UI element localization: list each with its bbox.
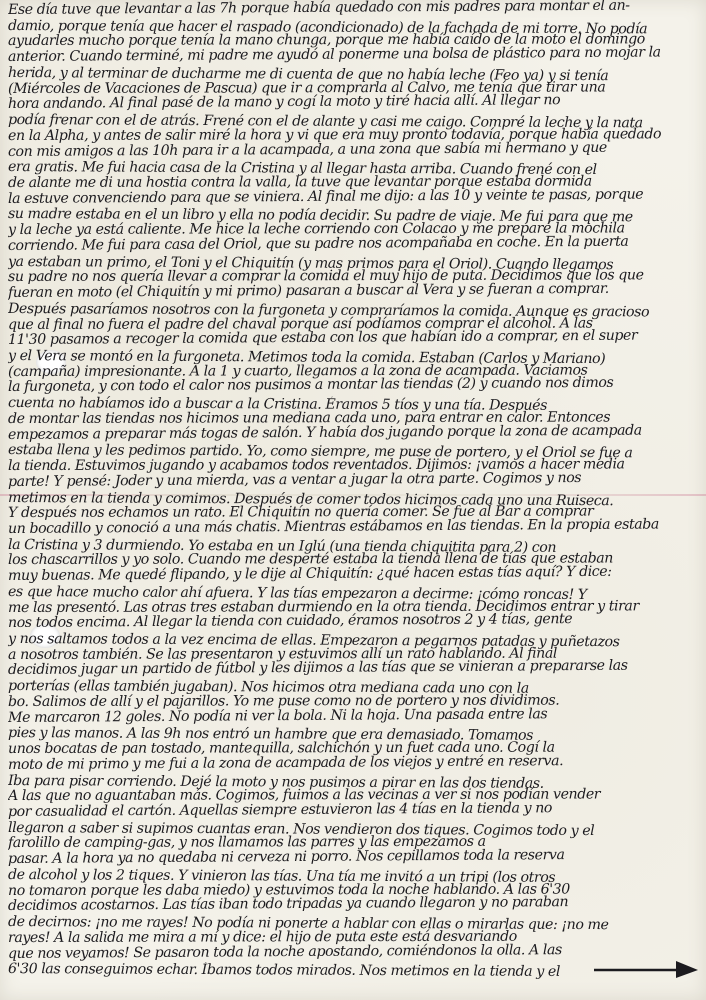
handwritten-line: nos todos encima. Al llegar la tienda co… bbox=[8, 610, 700, 631]
handwritten-line: muy buenas. Me quedé flipando, y le dije… bbox=[8, 563, 700, 584]
continuation-arrow-icon bbox=[590, 958, 700, 978]
diary-page: Ese día tuve que levantar a las 7h porqu… bbox=[0, 0, 706, 1000]
handwritten-line: 11'30 pasamos a recoger la comida que es… bbox=[8, 327, 700, 348]
handwritten-line: anterior. Cuando terminé, mi padre me ay… bbox=[8, 44, 700, 65]
handwritten-line: fueran en moto (el Chiquitín y mi primo)… bbox=[8, 280, 700, 301]
handwritten-line: Ese día tuve que levantar a las 7h porqu… bbox=[8, 0, 700, 18]
handwritten-line: por casualidad el cartón. Aquellas siemp… bbox=[8, 799, 700, 820]
handwritten-line: pasar. A la hora ya no quedaba ni cervez… bbox=[8, 846, 700, 867]
handwritten-line: decidimos acostarnos. Las tías iban todo… bbox=[8, 894, 700, 915]
handwritten-line: hora andando. Al final pasé de la mano y… bbox=[8, 92, 700, 113]
handwritten-line: la furgoneta, y con todo el calor nos pu… bbox=[8, 375, 700, 396]
handwritten-line: decidimos jugar un partido de fútbol y l… bbox=[8, 658, 700, 679]
